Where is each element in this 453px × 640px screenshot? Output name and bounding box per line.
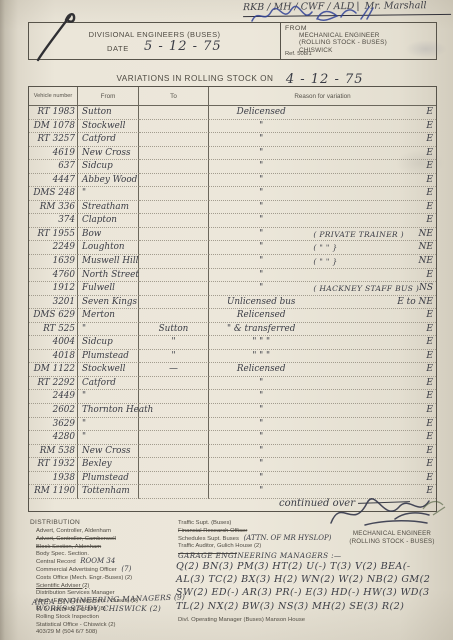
vehicle-number: 2449 bbox=[29, 390, 78, 404]
table-row: RT 3257 Catford " E bbox=[29, 133, 436, 147]
status-code: NE bbox=[419, 241, 433, 254]
garage-managers-heading: GARAGE ENGINEERING MANAGERS :— bbox=[178, 551, 342, 560]
to-garage bbox=[139, 445, 209, 459]
reason-cell: " ( HACKNEY STAFF BUS ) NS bbox=[209, 282, 436, 296]
to-garage bbox=[139, 133, 209, 147]
reason-text: " " " bbox=[209, 336, 313, 349]
distribution-item-text: 403/29 M (504 6/7 508) bbox=[36, 629, 97, 635]
table-row: 2449 " " E bbox=[29, 390, 436, 404]
reason-cell: " " " E bbox=[209, 350, 436, 364]
status-code: E bbox=[426, 418, 433, 431]
reason-cell: " E bbox=[209, 431, 436, 445]
to-garage bbox=[139, 255, 209, 269]
table-row: RT 525 " Sutton " & transferred E bbox=[29, 323, 436, 337]
distribution-item-annotation: ROOM 34 bbox=[80, 557, 115, 565]
table-row: 1912 Fulwell " ( HACKNEY STAFF BUS ) NS bbox=[29, 282, 436, 296]
status-code: E bbox=[426, 323, 433, 336]
to-garage: " bbox=[139, 336, 209, 350]
distribution-list: DISTRIBUTION Advert, Controller, Aldenha… bbox=[30, 519, 180, 636]
reason-cell: " E bbox=[209, 214, 436, 228]
to-garage bbox=[139, 174, 209, 188]
reason-text: Relicensed bbox=[209, 309, 313, 322]
status-code: E bbox=[426, 390, 433, 403]
reason-cell: " E bbox=[209, 485, 436, 499]
to-garage bbox=[139, 147, 209, 161]
to-garage bbox=[139, 106, 209, 120]
distribution-item-text: Traffic Supt. (Buses) bbox=[178, 520, 231, 526]
to-garage bbox=[139, 309, 209, 323]
distribution-item-annotation: (7) bbox=[121, 565, 131, 573]
status-code: NS bbox=[419, 282, 433, 295]
vehicle-number: 4447 bbox=[29, 174, 78, 188]
reason-text: " bbox=[209, 187, 313, 200]
to-garage bbox=[139, 269, 209, 283]
to-garage bbox=[139, 241, 209, 255]
from-garage: Sidcup bbox=[78, 160, 139, 174]
reason-text: Delicensed bbox=[209, 106, 313, 119]
status-code: NE bbox=[419, 228, 433, 241]
from-garage: Catford bbox=[78, 133, 139, 147]
status-code: E bbox=[426, 160, 433, 173]
from-garage: Sidcup bbox=[78, 336, 139, 350]
continued-over-note: continued over bbox=[279, 498, 410, 509]
reason-cell: " E bbox=[209, 120, 436, 134]
from-garage: Loughton bbox=[78, 241, 139, 255]
reason-cell: " E bbox=[209, 160, 436, 174]
reason-cell: " E bbox=[209, 404, 436, 418]
reason-text: " bbox=[209, 228, 313, 241]
from-garage: Plumstead bbox=[78, 350, 139, 364]
reason-text: " bbox=[209, 445, 313, 458]
status-code: E bbox=[426, 445, 433, 458]
routing-name: Mr. Marshall bbox=[365, 0, 427, 12]
date-value-handwritten: 5 - 12 - 75 bbox=[144, 39, 222, 54]
status-code: E to NE bbox=[397, 296, 433, 309]
reason-cell: " E bbox=[209, 174, 436, 188]
to-garage bbox=[139, 282, 209, 296]
reason-text: " " " bbox=[209, 350, 313, 363]
reason-text: " bbox=[209, 418, 313, 431]
vehicle-number: 1938 bbox=[29, 472, 78, 486]
distribution-item-text: Advert, Controller, Aldenham bbox=[36, 528, 111, 534]
reason-text: " bbox=[209, 214, 313, 227]
signature-line-1: MECHANICAL ENGINEER bbox=[333, 530, 451, 538]
vehicle-number: RM 1190 bbox=[29, 485, 78, 499]
table-row: RM 1190 Tottenham " E bbox=[29, 485, 436, 499]
distribution-item: Traffic Auditor, Gulich House (2) bbox=[178, 542, 343, 550]
distribution-item: Schedules Supt. Buses (ATTN. OF MR HYSLO… bbox=[178, 535, 343, 543]
col-header-vehicle: Vehicle number bbox=[29, 87, 78, 105]
from-garage: Stockwell bbox=[78, 120, 139, 134]
table-row: DMS 248 " " E bbox=[29, 187, 436, 201]
distribution-item: Statistical Office - Chiswick (2) bbox=[30, 621, 180, 629]
status-code: E bbox=[426, 431, 433, 444]
table-row: 4004 Sidcup " " " " E bbox=[29, 336, 436, 350]
vehicle-number: RM 538 bbox=[29, 445, 78, 459]
from-line-2: (ROLLING STOCK - BUSES) bbox=[299, 39, 432, 46]
vehicle-number: RT 3257 bbox=[29, 133, 78, 147]
col-header-from: From bbox=[78, 87, 139, 105]
distribution-item: Central Record ROOM 34 bbox=[30, 558, 180, 566]
table-row: 3201 Seven Kings Unlicensed bus E to NE bbox=[29, 296, 436, 310]
distribution-item-text: Schedules Supt. Buses bbox=[178, 536, 239, 542]
reason-text: " bbox=[209, 472, 313, 485]
distribution-item-text: Block Section, Aldenham bbox=[36, 544, 101, 550]
garage-code-list: Q(2) BN(3) PM(3) HT(2) U(-) T(3) V(2) BE… bbox=[176, 560, 453, 613]
vehicle-number: 2249 bbox=[29, 241, 78, 255]
from-garage: Seven Kings bbox=[78, 296, 139, 310]
to-garage bbox=[139, 404, 209, 418]
table-row: RT 1983 Sutton Delicensed E bbox=[29, 106, 436, 120]
from-garage: Abbey Wood bbox=[78, 174, 139, 188]
reason-cell: " E bbox=[209, 377, 436, 391]
garage-code-line: AL(3) TC(2) BX(3) H(2) WN(2) W(2) NB(2) … bbox=[176, 573, 453, 586]
table-row: RM 538 New Cross " E bbox=[29, 445, 436, 459]
reason-cell: " E bbox=[209, 445, 436, 459]
status-code: E bbox=[426, 309, 433, 322]
from-garage: Plumstead bbox=[78, 472, 139, 486]
status-code: E bbox=[426, 377, 433, 390]
table-body: RT 1983 Sutton Delicensed E DM 1078 Stoc… bbox=[29, 106, 436, 499]
from-garage: Streatham bbox=[78, 201, 139, 215]
status-code: E bbox=[426, 187, 433, 200]
to-garage bbox=[139, 120, 209, 134]
distribution-item: Scientific Adviser (2) bbox=[30, 582, 180, 590]
vehicle-number: 3629 bbox=[29, 418, 78, 432]
distribution-item-text: Advert, Controller, Camberwell bbox=[36, 536, 116, 542]
table-row: RT 2292 Catford " E bbox=[29, 377, 436, 391]
reason-cell: " E bbox=[209, 390, 436, 404]
reason-text: " bbox=[209, 431, 313, 444]
vehicle-number: 3201 bbox=[29, 296, 78, 310]
table-row: DM 1122 Stockwell — Relicensed E bbox=[29, 363, 436, 377]
header-left-box: DIVISIONAL ENGINEERS (BUSES) DATE 5 - 12… bbox=[28, 22, 281, 60]
reason-cell: " ( PRIVATE TRAINER ) NE bbox=[209, 228, 436, 242]
from-line-1: MECHANICAL ENGINEER bbox=[299, 32, 432, 39]
reason-cell: Unlicensed bus E to NE bbox=[209, 296, 436, 310]
distribution-item-text: Financial Research Officer bbox=[178, 528, 247, 534]
status-code: E bbox=[426, 201, 433, 214]
to-garage bbox=[139, 390, 209, 404]
reason-cell: " E bbox=[209, 269, 436, 283]
distribution-item-text: Rolling Stock Inspection bbox=[36, 614, 99, 620]
reason-cell: " E bbox=[209, 472, 436, 486]
vehicle-number: RT 1983 bbox=[29, 106, 78, 120]
distribution-item-text: Commercial Advertising Officer bbox=[36, 567, 117, 573]
from-garage: New Cross bbox=[78, 147, 139, 161]
routing-initials: RKB / MH / CWF / ALD bbox=[243, 1, 354, 13]
distribution-item: Commercial Advertising Officer (7) bbox=[30, 566, 180, 574]
signature-line-2: (ROLLING STOCK - BUSES) bbox=[333, 538, 451, 546]
distribution-item-text: Costs Office (Mech. Engr.-Buses) (2) bbox=[36, 575, 132, 581]
table-header-row: Vehicle number From To Reason for variat… bbox=[29, 87, 436, 106]
table-row: 4619 New Cross " E bbox=[29, 147, 436, 161]
title-text: VARIATIONS IN ROLLING STOCK ON bbox=[116, 74, 273, 83]
reason-text: " bbox=[209, 377, 313, 390]
table-row: 4447 Abbey Wood " E bbox=[29, 174, 436, 188]
routing-annotation: RKB / MH / CWF / ALD| Mr. Marshall bbox=[243, 0, 451, 17]
scanned-form-page: RKB / MH / CWF / ALD| Mr. Marshall DIVIS… bbox=[0, 0, 453, 640]
reason-cell: Delicensed E bbox=[209, 106, 436, 120]
table-row: DM 1078 Stockwell " E bbox=[29, 120, 436, 134]
status-code: NE bbox=[419, 255, 433, 268]
from-garage: New Cross bbox=[78, 445, 139, 459]
reason-text: " & transferred bbox=[209, 323, 313, 336]
from-line-3: CHISWICK bbox=[299, 47, 432, 54]
to-garage bbox=[139, 418, 209, 432]
table-row: 4018 Plumstead " " " " E bbox=[29, 350, 436, 364]
table-row: 1639 Muswell Hill " ( " " } NE bbox=[29, 255, 436, 269]
reason-cell: " " " E bbox=[209, 336, 436, 350]
reason-text: " bbox=[209, 147, 313, 160]
from-garage: Merton bbox=[78, 309, 139, 323]
from-garage: Bexley bbox=[78, 458, 139, 472]
reason-cell: " E bbox=[209, 418, 436, 432]
distribution-heading: DISTRIBUTION bbox=[30, 519, 180, 526]
status-code: E bbox=[426, 269, 433, 282]
vehicle-number: DM 1122 bbox=[29, 363, 78, 377]
from-garage: Catford bbox=[78, 377, 139, 391]
reason-text: " bbox=[209, 282, 313, 295]
vehicle-number: DMS 629 bbox=[29, 309, 78, 323]
vehicle-number: 637 bbox=[29, 160, 78, 174]
distribution-item-text: Central Record bbox=[36, 559, 76, 565]
status-code: E bbox=[426, 350, 433, 363]
reason-cell: " E bbox=[209, 133, 436, 147]
to-garage bbox=[139, 377, 209, 391]
table-row: 4760 North Street " E bbox=[29, 269, 436, 283]
to-garage bbox=[139, 228, 209, 242]
signature-block: MECHANICAL ENGINEER (ROLLING STOCK - BUS… bbox=[333, 530, 451, 545]
reason-text: " bbox=[209, 269, 313, 282]
to-garage bbox=[139, 458, 209, 472]
table-row: 4280 " " E bbox=[29, 431, 436, 445]
status-code: E bbox=[426, 147, 433, 160]
from-garage: Clapton bbox=[78, 214, 139, 228]
reason-text: " bbox=[209, 174, 313, 187]
vehicle-number: 4619 bbox=[29, 147, 78, 161]
to-garage bbox=[139, 431, 209, 445]
from-garage: Muswell Hill bbox=[78, 255, 139, 269]
from-garage: Thornton Heath bbox=[78, 404, 139, 418]
reason-text: Unlicensed bus bbox=[209, 296, 313, 309]
vehicle-number: 1639 bbox=[29, 255, 78, 269]
distribution-item: Rolling Stock Inspection bbox=[30, 613, 180, 621]
works-study-annotation: WORKS STUDY, CHISWICK (2) bbox=[36, 604, 161, 613]
reason-text: " bbox=[209, 201, 313, 214]
col-header-reason: Reason for variation bbox=[209, 87, 436, 105]
to-garage bbox=[139, 472, 209, 486]
garage-code-line: TL(2) NX(2) BW(3) NS(3) MH(2) SE(3) R(2) bbox=[176, 600, 453, 613]
status-code: E bbox=[426, 363, 433, 376]
reason-text: " bbox=[209, 255, 313, 268]
status-code: E bbox=[426, 133, 433, 146]
distribution-item: Block Section, Aldenham bbox=[30, 543, 180, 551]
table-row: RM 336 Streatham " E bbox=[29, 201, 436, 215]
reason-text: " bbox=[209, 241, 313, 254]
distribution-item: Traffic Supt. (Buses) bbox=[178, 519, 343, 527]
date-label: DATE bbox=[107, 44, 129, 53]
vehicle-number: 4018 bbox=[29, 350, 78, 364]
vehicle-number: DMS 248 bbox=[29, 187, 78, 201]
vehicle-number: 4280 bbox=[29, 431, 78, 445]
table-row: DMS 629 Merton Relicensed E bbox=[29, 309, 436, 323]
reason-cell: " E bbox=[209, 201, 436, 215]
reason-cell: Relicensed E bbox=[209, 309, 436, 323]
distribution-item-annotation: (ATTN. OF MR HYSLOP) bbox=[244, 534, 332, 542]
reason-cell: " & transferred E bbox=[209, 323, 436, 337]
to-garage bbox=[139, 485, 209, 499]
vehicle-number: 374 bbox=[29, 214, 78, 228]
reason-text: " bbox=[209, 458, 313, 471]
from-garage: " bbox=[78, 323, 139, 337]
to-garage: " bbox=[139, 350, 209, 364]
reason-text: " bbox=[209, 390, 313, 403]
table-row: 374 Clapton " E bbox=[29, 214, 436, 228]
from-garage: Sutton bbox=[78, 106, 139, 120]
reason-cell: " ( " " } NE bbox=[209, 255, 436, 269]
col-header-to: To bbox=[139, 87, 209, 105]
to-garage bbox=[139, 201, 209, 215]
from-garage: " bbox=[78, 431, 139, 445]
reason-cell: " E bbox=[209, 147, 436, 161]
reason-text: " bbox=[209, 485, 313, 498]
reference-number: Ref. 508/1 bbox=[285, 51, 312, 57]
distribution-item-text: Traffic Auditor, Gulich House (2) bbox=[178, 543, 261, 549]
table-row: 637 Sidcup " E bbox=[29, 160, 436, 174]
from-label: FROM bbox=[285, 25, 432, 32]
reason-cell: Relicensed E bbox=[209, 363, 436, 377]
table-row: 2249 Loughton " ( " " } NE bbox=[29, 241, 436, 255]
distribution-item-text: Statistical Office - Chiswick (2) bbox=[36, 622, 115, 628]
from-garage: " bbox=[78, 390, 139, 404]
from-garage: " bbox=[78, 187, 139, 201]
distribution-left-items: Advert, Controller, Aldenham Advert, Con… bbox=[30, 527, 180, 636]
garage-code-line: Q(2) BN(3) PM(3) HT(2) U(-) T(3) V(2) BE… bbox=[176, 560, 453, 573]
from-garage: Tottenham bbox=[78, 485, 139, 499]
vehicle-number: 4004 bbox=[29, 336, 78, 350]
to-garage bbox=[139, 187, 209, 201]
vehicle-number: DM 1078 bbox=[29, 120, 78, 134]
vehicle-number: 4760 bbox=[29, 269, 78, 283]
vehicle-number: RT 1932 bbox=[29, 458, 78, 472]
from-garage: Fulwell bbox=[78, 282, 139, 296]
header-right-box: FROM MECHANICAL ENGINEER (ROLLING STOCK … bbox=[281, 22, 437, 60]
from-garage: Stockwell bbox=[78, 363, 139, 377]
to-garage bbox=[139, 214, 209, 228]
from-garage: North Street bbox=[78, 269, 139, 283]
division-title: DIVISIONAL ENGINEERS (BUSES) bbox=[29, 30, 280, 39]
garage-code-line: SW(2) ED(-) AR(3) PR(-) E(3) HD(-) HW(3)… bbox=[176, 586, 453, 599]
distribution-item: Advert, Controller, Camberwell bbox=[30, 535, 180, 543]
vehicle-number: RM 336 bbox=[29, 201, 78, 215]
reason-text: " bbox=[209, 133, 313, 146]
vehicle-number: RT 2292 bbox=[29, 377, 78, 391]
status-code: E bbox=[426, 485, 433, 498]
vehicle-number: 2602 bbox=[29, 404, 78, 418]
status-code: E bbox=[426, 404, 433, 417]
status-code: E bbox=[426, 214, 433, 227]
to-garage: Sutton bbox=[139, 323, 209, 337]
reason-note: ( " " } bbox=[313, 255, 337, 268]
vehicle-number: RT 1955 bbox=[29, 228, 78, 242]
reason-cell: " E bbox=[209, 187, 436, 201]
status-code: E bbox=[426, 106, 433, 119]
routing-separator: | bbox=[354, 1, 361, 12]
from-garage: " bbox=[78, 418, 139, 432]
vehicle-number: RT 525 bbox=[29, 323, 78, 337]
reason-text: " bbox=[209, 120, 313, 133]
distribution-item-text: Scientific Adviser (2) bbox=[36, 583, 89, 589]
reason-note: ( PRIVATE TRAINER ) bbox=[313, 228, 404, 241]
distribution-item: 403/29 M (504 6/7 508) bbox=[30, 628, 180, 636]
title-date-handwritten: 4 - 12 - 75 bbox=[286, 72, 364, 87]
operating-manager-line: Divl. Operating Manager (Buses) Manson H… bbox=[178, 617, 305, 623]
reason-text: " bbox=[209, 404, 313, 417]
vehicle-number: 1912 bbox=[29, 282, 78, 296]
to-garage bbox=[139, 296, 209, 310]
variations-table: Vehicle number From To Reason for variat… bbox=[28, 86, 437, 512]
to-garage bbox=[139, 160, 209, 174]
reason-note: ( " " } bbox=[313, 241, 337, 254]
reason-cell: " E bbox=[209, 458, 436, 472]
status-code: E bbox=[426, 336, 433, 349]
reason-text: " bbox=[209, 160, 313, 173]
reason-cell: " ( " " } NE bbox=[209, 241, 436, 255]
status-code: E bbox=[426, 472, 433, 485]
distribution-item: Advert, Controller, Aldenham bbox=[30, 527, 180, 535]
table-row: RT 1955 Bow " ( PRIVATE TRAINER ) NE bbox=[29, 228, 436, 242]
reason-note: ( HACKNEY STAFF BUS ) bbox=[313, 282, 419, 295]
status-code: E bbox=[426, 120, 433, 133]
to-garage: — bbox=[139, 363, 209, 377]
reason-text: Relicensed bbox=[209, 363, 313, 376]
table-row: 3629 " " E bbox=[29, 418, 436, 432]
status-code: E bbox=[426, 174, 433, 187]
distribution-item: Costs Office (Mech. Engr.-Buses) (2) bbox=[30, 574, 180, 582]
table-row: 2602 Thornton Heath " E bbox=[29, 404, 436, 418]
status-code: E bbox=[426, 458, 433, 471]
from-garage: Bow bbox=[78, 228, 139, 242]
table-row: RT 1932 Bexley " E bbox=[29, 458, 436, 472]
table-row: 1938 Plumstead " E bbox=[29, 472, 436, 486]
